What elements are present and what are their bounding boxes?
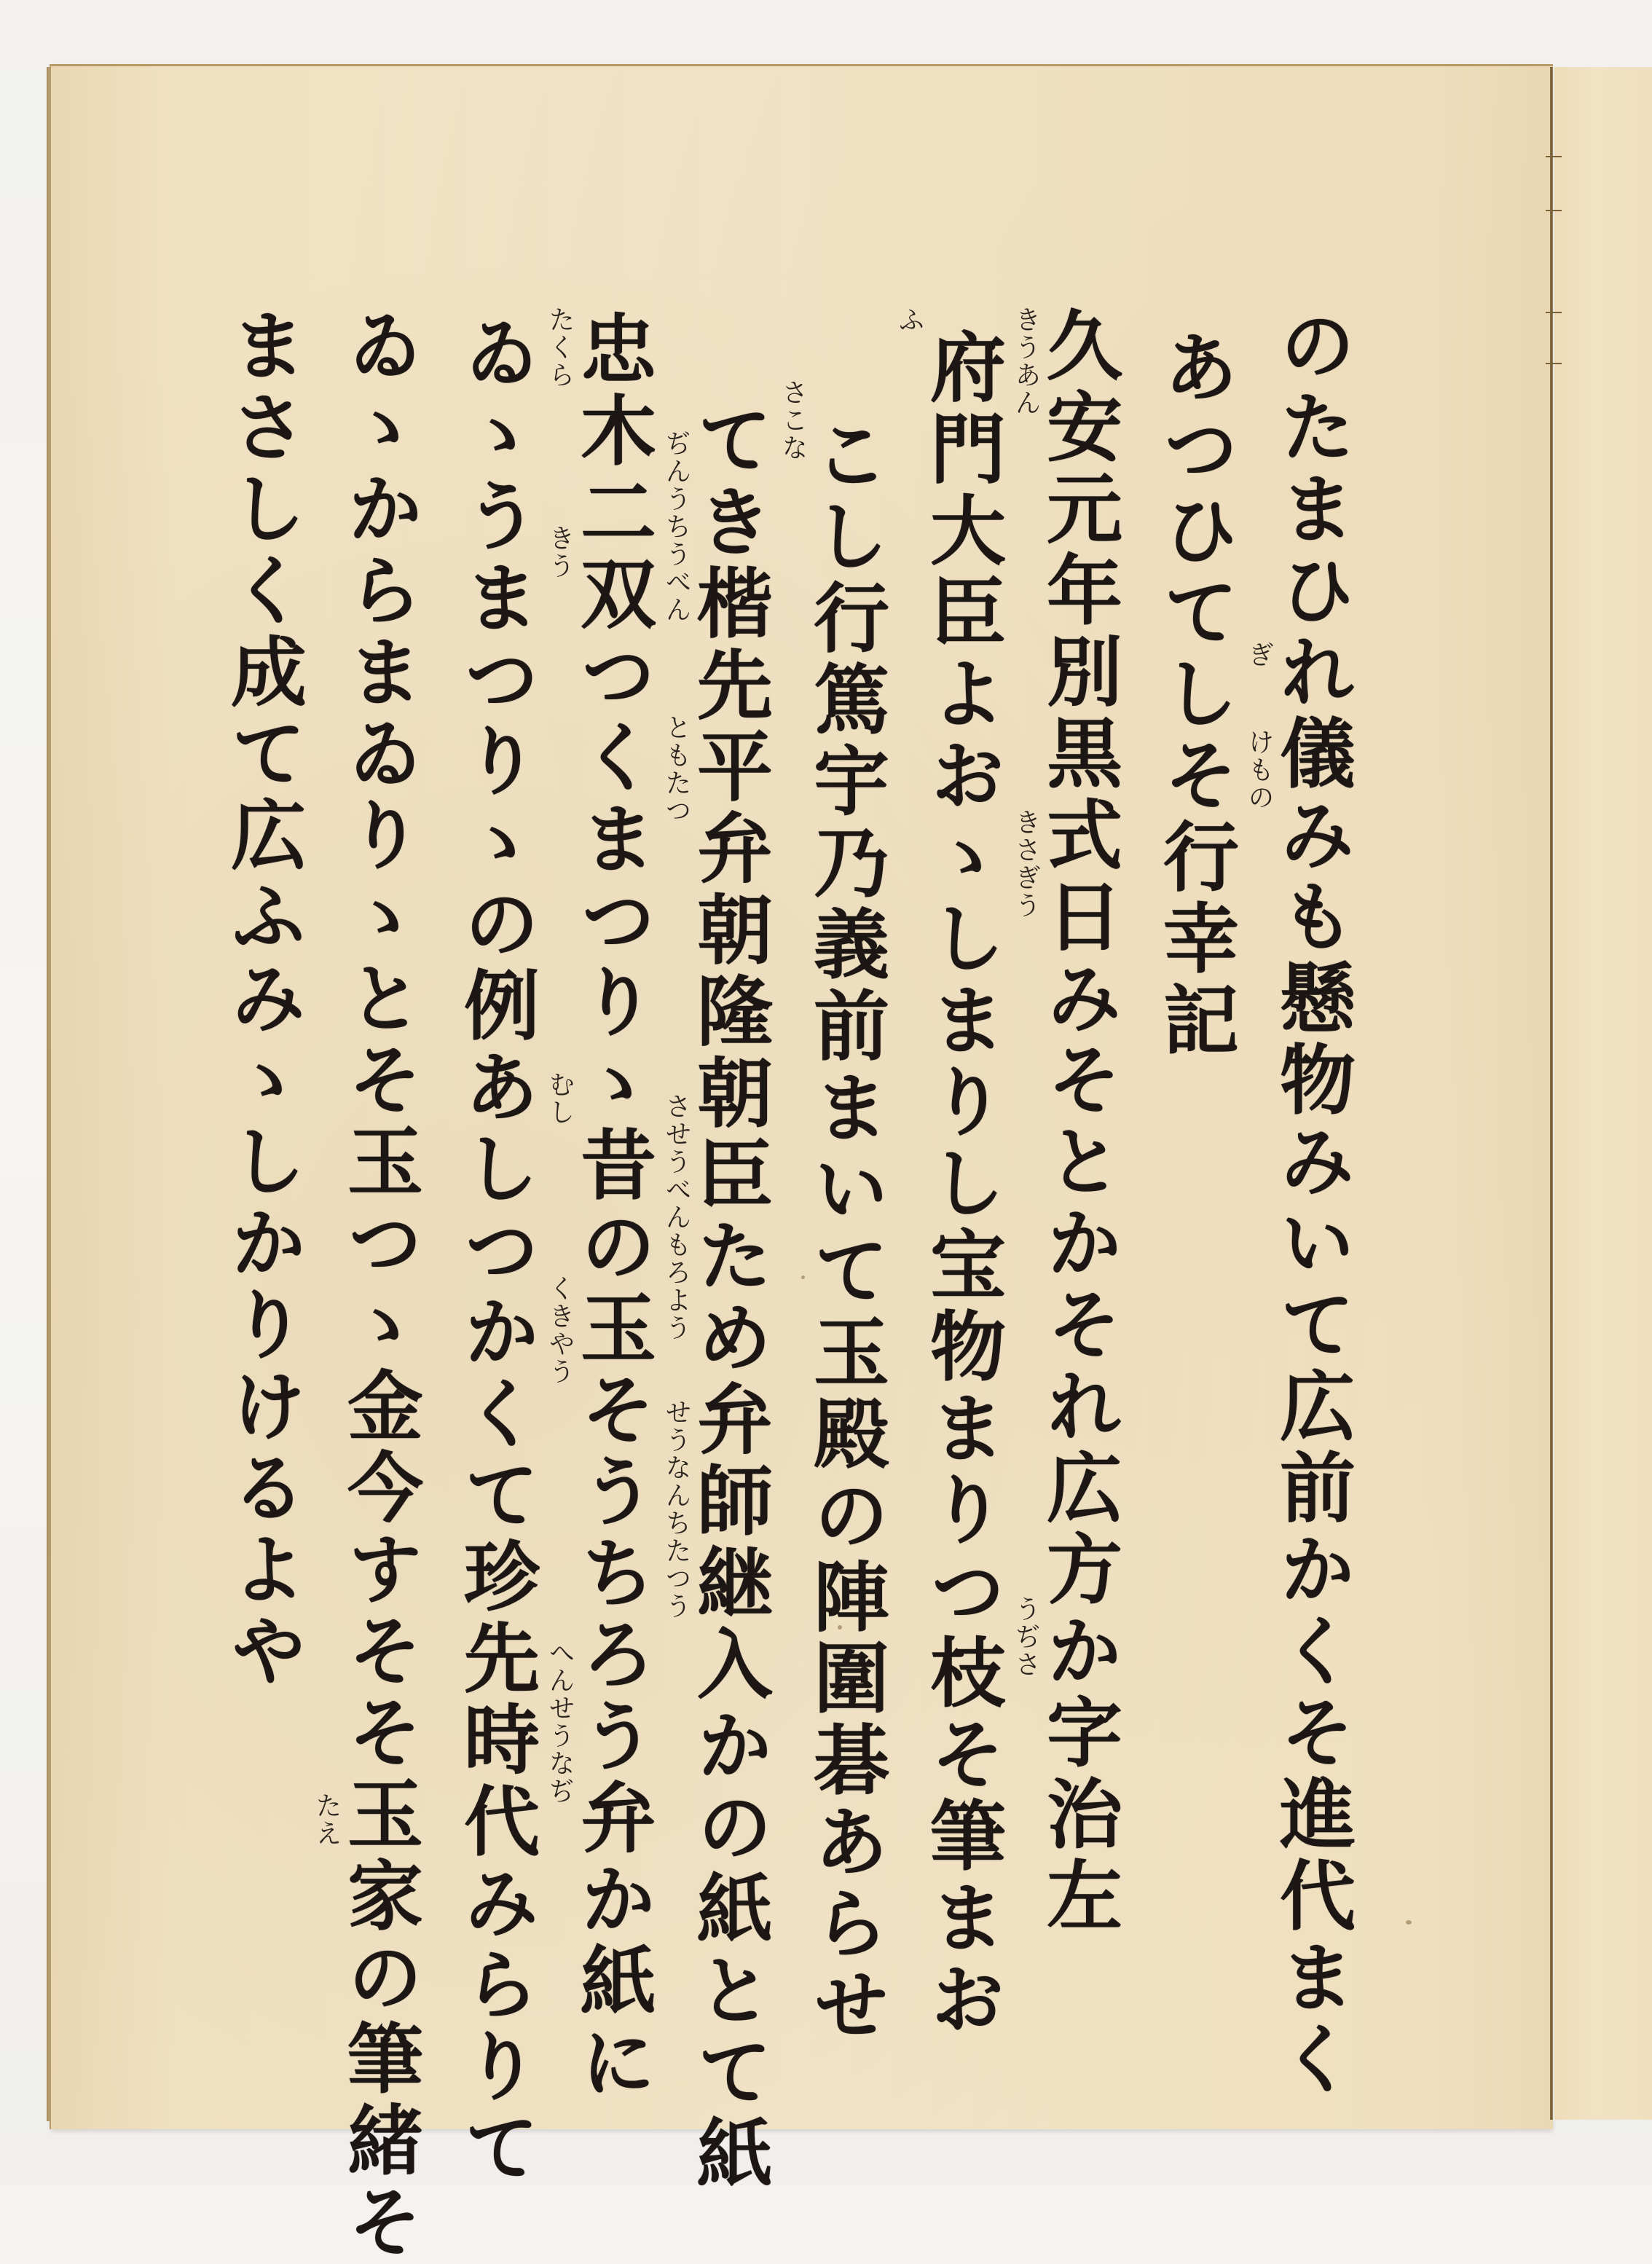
column-text: ゐゝうまつりゝの例あしつかくて珍先時代みらりて [457,313,533,2185]
furigana-layer [197,306,224,2018]
furigana-layer [430,306,457,2018]
furigana: きう [546,524,573,580]
text-column-10: まさしく成て広ふみゝしかりけるよや [197,306,313,2018]
furigana: へんせうなぢ [546,1639,573,1805]
furigana: きさぎう [1012,809,1039,919]
furigana: うぢさ [1012,1595,1039,1678]
furigana: むし [546,1071,573,1126]
text-column-3: 久安元年別黒式日みそとかそれ広方か字治左 きうあん きさぎう うぢさ [1012,306,1129,2018]
furigana: せうなんちたつう [663,1399,689,1620]
furigana-layer: たえ [313,306,341,2018]
furigana: くきやう [546,1275,573,1385]
furigana: ふ [896,306,922,334]
text-column-9: ゐゝからまゐりゝとそ玉つゝ金今すそそ玉家の筆緒そ たえ [313,306,430,2018]
furigana: たくら [546,306,573,389]
column-text: のたまひれ儀みも懸物みいて広前かくそ進代まく [1273,306,1349,2101]
text-column-6: てき楷先平弁朝隆朝臣ため弁師継入かの紙とて紙 ぢんうちうべん ともたつ させうべ… [663,306,779,2018]
furigana: たえ [313,1792,339,1847]
text-column-4: 府門大臣よおゝしまりし宝物まりつ枝そ筆まお ふ [896,306,1012,2018]
furigana-layer: ぎ けもの [1246,306,1273,2018]
furigana: きうあん [1012,306,1039,417]
manuscript-text: のたまひれ儀みも懸物みいて広前かくそ進代まく ぎ けもの あつひてしそ行幸記 久… [197,306,1362,2018]
binding-notch [1546,156,1562,157]
page-fold [1550,67,1553,2120]
column-text: まさしく成て広ふみゝしかりけるよや [224,306,300,1693]
column-text: こし行篤宇乃義前まいて玉殿の陣圍碁あらせ [807,415,883,2047]
furigana: さこな [779,379,806,462]
furigana-layer: さこな [779,306,807,2018]
column-text: 府門大臣よおゝしまりし宝物まりつ枝そ筆まお [924,328,999,2041]
column-text: てき楷先平弁朝隆朝臣ため弁師継入かの紙とて紙 [691,401,766,2185]
text-column-7: 忠木二双つくまつりゝ昔の玉そうちろう弁か紙に たくら きう むし くきやう へん… [546,306,663,2018]
paper-speck [1406,1920,1412,1925]
text-column-1: のたまひれ儀みも懸物みいて広前かくそ進代まく ぎ けもの [1246,306,1362,2018]
furigana: ぢんうちうべん [663,430,689,624]
column-text: 忠木二双つくまつりゝ昔の玉そうちろう弁か紙に [574,310,650,2104]
furigana: けもの [1246,728,1272,811]
binding-notch [1546,363,1562,364]
furigana-layer: ぢんうちうべん ともたつ させうべんもろよう せうなんちたつう [663,306,691,2018]
binding-notch [1546,312,1562,313]
furigana: ともたつ [663,714,689,825]
furigana-layer: きうあん きさぎう うぢさ [1012,306,1040,2018]
furigana: ぎ [1246,641,1272,669]
facing-page [1554,67,1652,2120]
furigana-layer [1129,306,1157,2018]
column-text: 久安元年別黒式日みそとかそれ広方か字治左 [1040,306,1116,1938]
text-column-5: こし行篤宇乃義前まいて玉殿の陣圍碁あらせ さこな [779,306,896,2018]
furigana-layer: ふ [896,306,924,2018]
column-text: あつひてしそ行幸記 [1157,328,1232,1062]
binding-notch [1546,210,1562,211]
furigana: させうべんもろよう [663,1093,689,1342]
furigana-layer: たくら きう むし くきやう へんせうなぢ [546,306,574,2018]
text-column-2: あつひてしそ行幸記 [1129,306,1246,2018]
column-text: ゐゝからまゐりゝとそ玉つゝ金今すそそ玉家の筆緒そ [341,306,417,2185]
text-column-8: ゐゝうまつりゝの例あしつかくて珍先時代みらりて [430,306,546,2018]
